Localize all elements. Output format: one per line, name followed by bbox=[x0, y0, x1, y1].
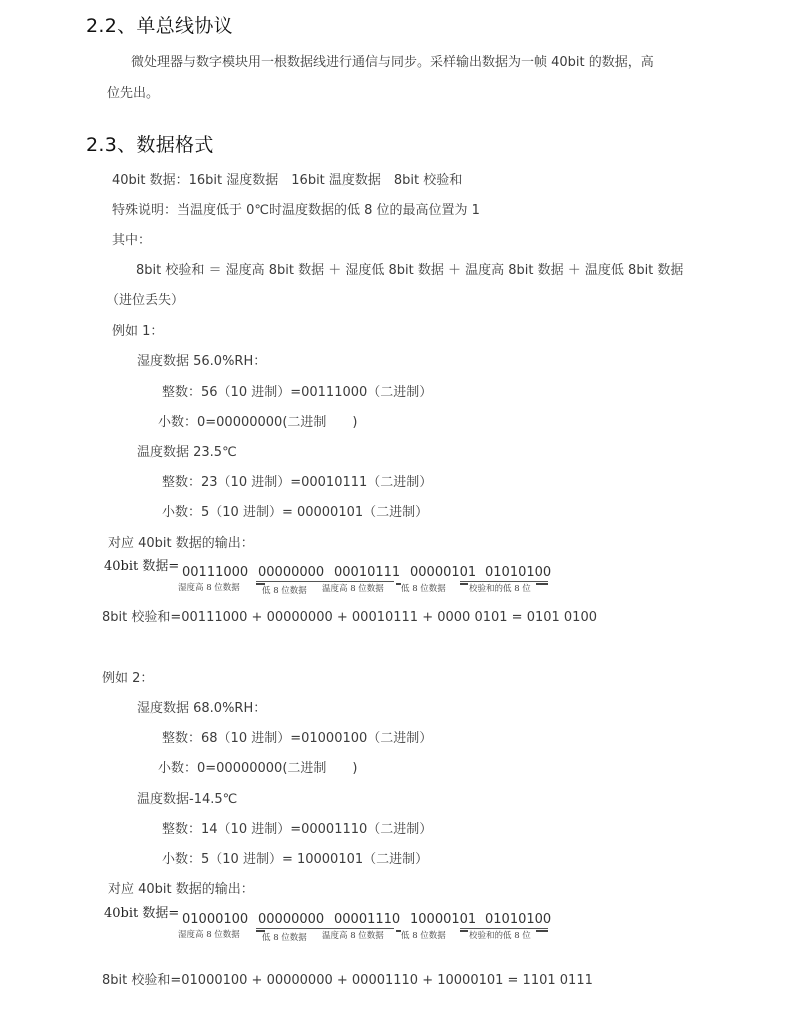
example2-title: 例如 2： bbox=[102, 670, 153, 688]
example1-humidity-integer: 整数：56（10 进制）=00111000（二进制） bbox=[162, 384, 432, 402]
example2-checksum-line: 8bit 校验和=01000100 + 00000000 + 00001110 … bbox=[102, 972, 593, 990]
example2-humidity-title: 湿度数据 68.0%RH： bbox=[137, 700, 266, 718]
example1-byte-4: 01010100 bbox=[485, 565, 551, 580]
example2-temperature-title: 温度数据-14.5℃ bbox=[137, 791, 237, 809]
section-heading-2-3: 2.3、数据格式 bbox=[86, 130, 214, 157]
example1-humidity-title: 湿度数据 56.0%RH： bbox=[137, 353, 266, 371]
example1-tick-4 bbox=[460, 583, 468, 585]
example1-byte-3: 00000101 bbox=[410, 565, 476, 580]
example1-tick-end bbox=[536, 583, 548, 585]
example1-byte-label-2: 温度高 8 位数据 bbox=[322, 582, 384, 594]
special-note-line: 特殊说明：当温度低于 0℃时温度数据的低 8 位的最高位置为 1 bbox=[112, 202, 480, 220]
protocol-paragraph-line1: 微处理器与数字模块用一根数据线进行通信与同步。采样输出数据为一帧 40bit 的… bbox=[131, 54, 654, 72]
example2-byte-3: 10000101 bbox=[410, 912, 476, 927]
example2-byte-2: 00001110 bbox=[334, 912, 400, 927]
example2-byte-label-4: 校验和的低 8 位 bbox=[469, 929, 531, 941]
example2-output-title: 对应 40bit 数据的输出： bbox=[108, 881, 254, 899]
example2-tick-end bbox=[536, 930, 548, 932]
example1-bits-prefix: 40bit 数据= bbox=[104, 555, 179, 574]
data-format-line: 40bit 数据：16bit 湿度数据 16bit 温度数据 8bit 校验和 bbox=[112, 172, 462, 190]
example2-temperature-fraction: 小数：5（10 进制）= 10000101（二进制） bbox=[162, 851, 428, 869]
example1-humidity-fraction: 小数：0=00000000(二进制 ) bbox=[158, 414, 357, 432]
protocol-paragraph-line2: 位先出。 bbox=[107, 85, 159, 103]
where-label: 其中： bbox=[112, 232, 151, 250]
checksum-formula-line2: （进位丢失） bbox=[106, 292, 184, 310]
example1-byte-label-4: 校验和的低 8 位 bbox=[469, 582, 531, 594]
example1-checksum-line: 8bit 校验和=00111000 + 00000000 + 00010111 … bbox=[102, 609, 597, 627]
example1-byte-label-0: 湿度高 8 位数据 bbox=[178, 581, 240, 593]
example2-humidity-fraction: 小数：0=00000000(二进制 ) bbox=[158, 760, 357, 778]
example1-byte-label-1: 低 8 位数据 bbox=[262, 584, 307, 596]
checksum-formula-line1: 8bit 校验和 ＝ 湿度高 8bit 数据 ＋ 湿度低 8bit 数据 ＋ 温… bbox=[136, 262, 683, 280]
example1-byte-label-3: 低 8 位数据 bbox=[401, 582, 446, 594]
example2-bits-prefix: 40bit 数据= bbox=[104, 902, 179, 921]
example2-byte-label-1: 低 8 位数据 bbox=[262, 931, 307, 943]
example2-byte-label-2: 温度高 8 位数据 bbox=[322, 929, 384, 941]
example2-byte-1: 00000000 bbox=[258, 912, 324, 927]
example2-humidity-integer: 整数：68（10 进制）=01000100（二进制） bbox=[162, 730, 432, 748]
example1-temperature-title: 温度数据 23.5℃ bbox=[137, 444, 237, 462]
example1-byte-0: 00111000 bbox=[182, 565, 248, 580]
example2-byte-label-3: 低 8 位数据 bbox=[401, 929, 446, 941]
example2-tick-4 bbox=[460, 930, 468, 932]
example1-byte-1: 00000000 bbox=[258, 565, 324, 580]
example1-output-title: 对应 40bit 数据的输出： bbox=[108, 535, 254, 553]
example2-byte-0: 01000100 bbox=[182, 912, 248, 927]
example2-byte-label-0: 湿度高 8 位数据 bbox=[178, 928, 240, 940]
section-heading-2-2: 2.2、单总线协议 bbox=[86, 11, 233, 38]
example1-temperature-fraction: 小数：5（10 进制）= 00000101（二进制） bbox=[162, 504, 428, 522]
example2-byte-4: 01010100 bbox=[485, 912, 551, 927]
example1-title: 例如 1： bbox=[112, 323, 163, 341]
example1-temperature-integer: 整数：23（10 进制）=00010111（二进制） bbox=[162, 474, 432, 492]
example1-byte-2: 00010111 bbox=[334, 565, 400, 580]
example2-temperature-integer: 整数：14（10 进制）=00001110（二进制） bbox=[162, 821, 432, 839]
